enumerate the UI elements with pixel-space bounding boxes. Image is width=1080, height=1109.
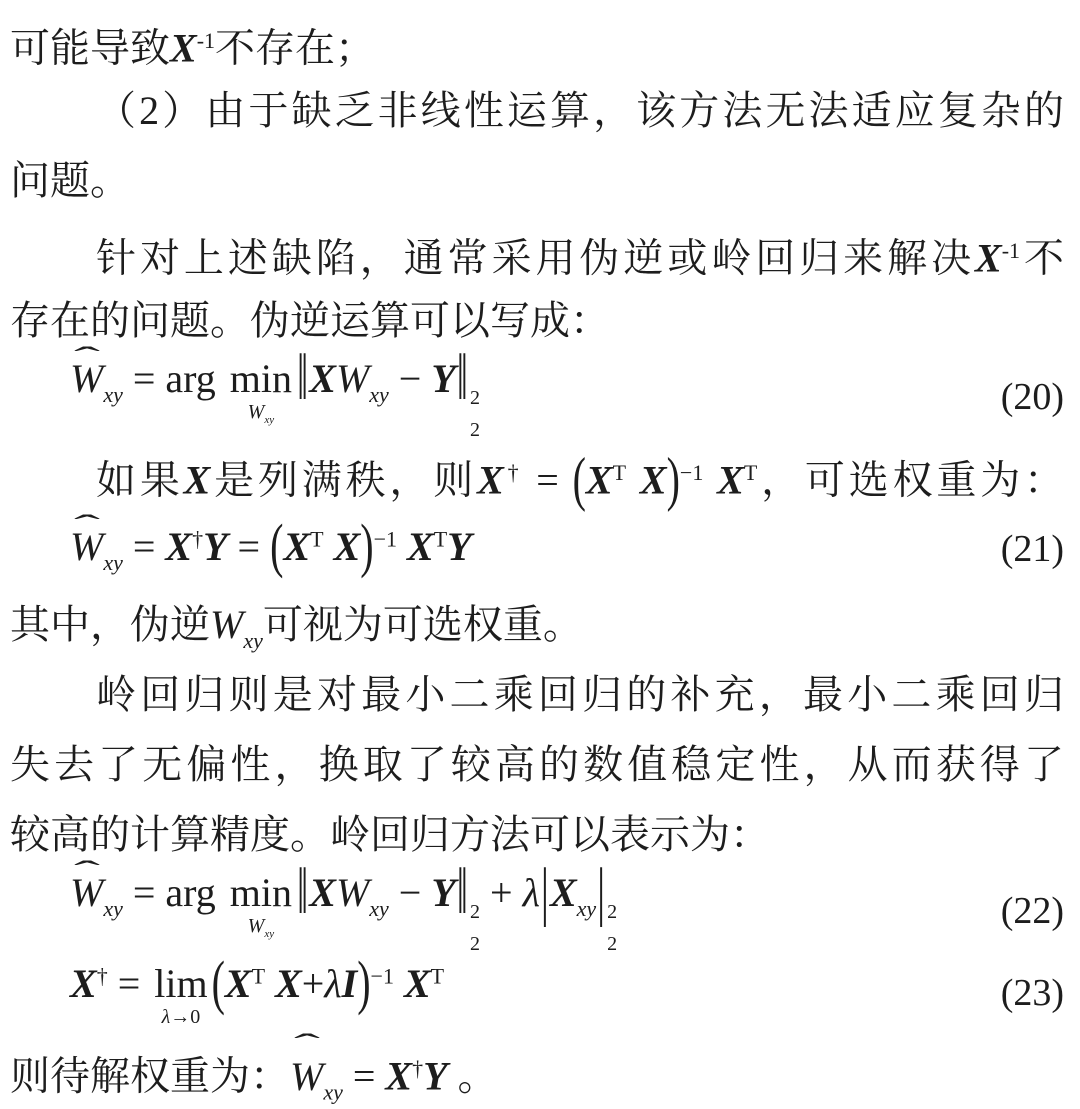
superscript: T	[252, 963, 265, 988]
math-variable: W	[210, 602, 243, 647]
paper-page: 可能导致X-1不存在；（2）由于缺乏非线性运算，该方法无法适应复杂的问题。针对上…	[0, 0, 1080, 1109]
superscript: −1	[680, 460, 703, 485]
math-variable-bold: Y	[203, 524, 227, 569]
superscript: 2	[607, 903, 617, 921]
math-operator: lim	[154, 964, 207, 1004]
text-run: =	[522, 458, 572, 503]
math-variable-bold: Y	[431, 870, 455, 915]
text-run: 可视为可选权重。	[263, 602, 583, 647]
equation-body: ˆWxy = arg minWxy‖XWxy − Y‖22 + λ|Xxy|22	[70, 869, 1001, 953]
math-under-script: λ→0	[162, 1007, 201, 1027]
superscript: T	[310, 526, 323, 551]
big-paren: (	[573, 426, 586, 531]
superscript: †	[504, 460, 523, 485]
text-line: 其中，伪逆Wxy可视为可选权重。	[0, 590, 1080, 660]
norm-bar: ‖	[456, 852, 469, 930]
subscript: xy	[369, 382, 389, 407]
math-underset: minWxy	[230, 359, 292, 426]
math-variable: W	[248, 401, 265, 423]
equation-body: ˆWxy = X†Y = (XT X)−1 XTY	[70, 523, 1001, 576]
text-run: = arg	[123, 870, 226, 915]
text-line: 针对上述缺陷，通常采用伪逆或岭回归来解决X-1不	[0, 216, 1080, 286]
superscript: −1	[371, 963, 394, 988]
text-line: 则待解权重为：ˆWxy = X†Y 。	[0, 1034, 1080, 1104]
text-run	[394, 961, 404, 1006]
subscript: 2	[470, 935, 480, 953]
math-variable-bold: X	[170, 26, 197, 71]
math-variable-bold: X	[586, 458, 613, 503]
hat-accent-icon: ˆ	[294, 1030, 320, 1060]
math-variable-bold: X	[334, 524, 361, 569]
big-paren: (	[212, 947, 225, 1018]
equation-number: (20)	[1001, 375, 1064, 419]
math-operator: min	[230, 873, 292, 913]
text-run: =	[108, 961, 151, 1006]
text-line: 如果X是列满秩，则X† = (XT X)−1 XT，可选权重为：	[0, 438, 1080, 508]
text-run	[703, 458, 717, 503]
superscript: −1	[374, 526, 397, 551]
equation-number: (23)	[1001, 971, 1064, 1015]
math-widehat: ˆW	[70, 869, 103, 916]
text-run	[397, 524, 407, 569]
text-run: 如果	[96, 458, 184, 503]
math-variable-bold: X	[309, 870, 336, 915]
math-underset: limλ→0	[154, 964, 207, 1027]
text-run	[324, 524, 334, 569]
math-variable: W	[336, 870, 369, 915]
text-run: 可能导致	[10, 26, 170, 71]
math-variable-bold: X	[404, 961, 431, 1006]
text-run: 较高的计算精度。岭回归方法可以表示为：	[10, 812, 770, 857]
equation-number: (22)	[1001, 889, 1064, 933]
superscript: †	[97, 963, 108, 988]
math-variable-bold: X	[165, 524, 192, 569]
math-variable: W	[248, 915, 265, 937]
text-run: =	[123, 524, 166, 569]
text-run	[626, 458, 640, 503]
big-paren: )	[667, 426, 680, 531]
math-widehat: ˆW	[70, 355, 103, 402]
math-variable: W	[336, 356, 369, 401]
math-variable-bold: X	[717, 458, 744, 503]
text-line: 岭回归则是对最小二乘回归的补充，最小二乘回归	[0, 660, 1080, 730]
math-underset: minWxy	[230, 873, 292, 940]
superscript: 2	[470, 389, 480, 407]
math-variable-bold: X	[407, 524, 434, 569]
text-run: ，可选权重为：	[757, 458, 1064, 503]
text-run: 问题。	[10, 158, 130, 203]
norm-bar: |	[540, 852, 550, 930]
equation-body: X† = limλ→0(XT X+λI)−1 XT	[70, 960, 1001, 1027]
text-run: =	[343, 1054, 386, 1099]
text-run: 是列满秩，则	[210, 458, 477, 503]
subscript: xy	[264, 928, 274, 940]
subscript: xy	[369, 896, 389, 921]
math-under-script: Wxy	[248, 916, 274, 940]
text-run: −	[389, 356, 432, 401]
math-variable: λ	[523, 870, 540, 915]
math-under-script: Wxy	[248, 402, 274, 426]
equation-row: X† = limλ→0(XT X+λI)−1 XT(23)	[0, 952, 1080, 1034]
text-run: 其中，伪逆	[10, 602, 210, 647]
superscript: T	[613, 460, 626, 485]
subscript: xy	[103, 896, 123, 921]
text-run: 不存在；	[215, 26, 375, 71]
math-operator: min	[230, 359, 292, 399]
math-widehat: ˆW	[70, 523, 103, 570]
big-paren: )	[360, 510, 373, 581]
equation-number: (21)	[1001, 527, 1064, 571]
math-variable-bold: X	[550, 870, 577, 915]
text-run: 岭回归则是对最小二乘回归的补充，最小二乘回归	[96, 672, 1064, 717]
text-line: 失去了无偏性，换取了较高的数值稳定性，从而获得了	[0, 730, 1080, 800]
document: 可能导致X-1不存在；（2）由于缺乏非线性运算，该方法无法适应复杂的问题。针对上…	[0, 6, 1080, 1104]
math-variable-bold: X	[385, 1054, 412, 1099]
subscript: xy	[577, 896, 597, 921]
big-paren: )	[357, 947, 370, 1018]
math-variable-bold: X	[640, 458, 667, 503]
norm-bar: ‖	[456, 338, 469, 416]
text-run: = arg	[123, 356, 226, 401]
math-variable-bold: Y	[423, 1054, 447, 1099]
math-variable-bold: I	[342, 961, 358, 1006]
math-variable-bold: X	[309, 356, 336, 401]
hat-accent-icon: ˆ	[74, 511, 100, 541]
math-variable-bold: X	[975, 236, 1002, 281]
superscript: †	[192, 526, 203, 551]
hat-accent-icon: ˆ	[74, 343, 100, 373]
superscript: 2	[470, 903, 480, 921]
math-variable-bold: X	[225, 961, 252, 1006]
equation-row: ˆWxy = arg minWxy‖XWxy − Y‖22 + λ|Xxy|22…	[0, 870, 1080, 952]
big-paren: (	[270, 510, 283, 581]
text-line: （2）由于缺乏非线性运算，该方法无法适应复杂的	[0, 76, 1080, 146]
subscript: xy	[264, 414, 274, 426]
math-variable: λ	[162, 1006, 171, 1028]
text-run: =	[228, 524, 271, 569]
norm-bar: ‖	[296, 852, 309, 930]
text-run: 失去了无偏性，换取了较高的数值稳定性，从而获得了	[10, 742, 1064, 787]
text-run: 。	[448, 1054, 498, 1099]
superscript: -1	[1002, 238, 1020, 263]
subscript: 2	[470, 421, 480, 439]
text-run: +	[480, 870, 523, 915]
equation-row: ˆWxy = arg minWxy‖XWxy − Y‖22(20)	[0, 356, 1080, 438]
math-variable-bold: X	[184, 458, 211, 503]
subscript: xy	[103, 382, 123, 407]
math-widehat: ˆW	[290, 1042, 323, 1109]
math-variable-bold: Y	[447, 524, 471, 569]
superscript: †	[412, 1056, 423, 1081]
text-line: 存在的问题。伪逆运算可以写成：	[0, 286, 1080, 356]
text-run: 针对上述缺陷，通常采用伪逆或岭回归来解决	[96, 236, 975, 281]
subscript: xy	[243, 628, 263, 653]
superscript: -1	[197, 28, 215, 53]
superscript: T	[744, 460, 757, 485]
text-run: 存在的问题。伪逆运算可以写成：	[10, 298, 610, 343]
subscript: xy	[323, 1080, 343, 1105]
math-variable-bold: X	[275, 961, 302, 1006]
math-variable-bold: X	[70, 961, 97, 1006]
superscript: T	[431, 963, 444, 988]
hat-accent-icon: ˆ	[74, 857, 100, 887]
math-supsub: 22	[470, 903, 480, 953]
superscript: T	[434, 526, 447, 551]
text-run: （2）由于缺乏非线性运算，该方法无法适应复杂的	[96, 88, 1064, 133]
text-run: 不	[1020, 236, 1064, 281]
subscript: xy	[103, 549, 123, 574]
text-line: 可能导致X-1不存在；	[0, 6, 1080, 76]
text-run	[265, 961, 275, 1006]
text-run: 则待解权重为：	[10, 1054, 290, 1099]
text-run: +	[302, 961, 325, 1006]
text-run: −	[389, 870, 432, 915]
math-variable-bold: X	[283, 524, 310, 569]
text-run: →0	[170, 1006, 200, 1028]
math-supsub: 22	[470, 389, 480, 439]
equation-body: ˆWxy = arg minWxy‖XWxy − Y‖22	[70, 355, 1001, 439]
math-variable-bold: Y	[431, 356, 455, 401]
math-supsub: 22	[607, 903, 617, 953]
subscript: 2	[607, 935, 617, 953]
equation-row: ˆWxy = X†Y = (XT X)−1 XTY(21)	[0, 508, 1080, 590]
math-variable-bold: X	[477, 458, 504, 503]
text-line: 问题。	[0, 146, 1080, 216]
norm-bar: ‖	[296, 338, 309, 416]
norm-bar: |	[596, 852, 606, 930]
math-variable: λ	[324, 961, 341, 1006]
